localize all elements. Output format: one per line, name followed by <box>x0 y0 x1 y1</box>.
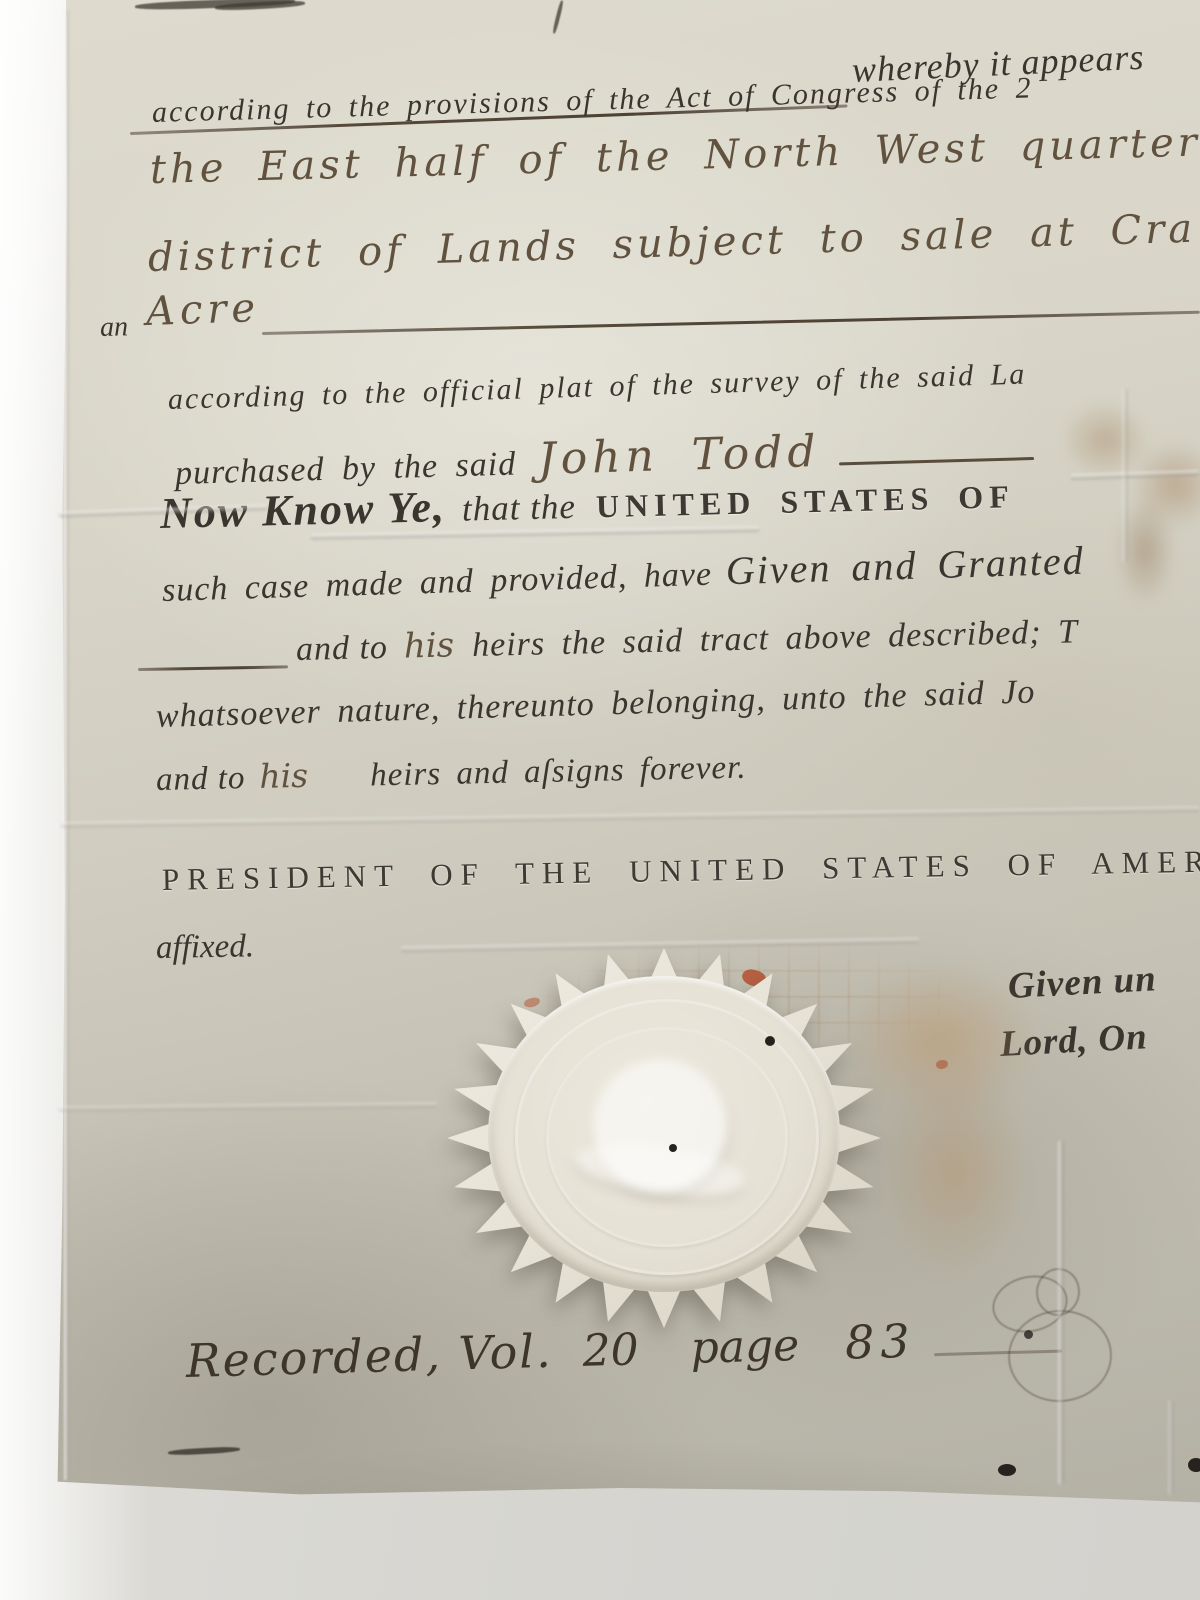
given-under-text: Given un <box>1007 958 1158 1007</box>
that-the-text: that the <box>462 487 577 529</box>
line-acre: Acre <box>145 288 260 332</box>
fold-crease <box>1122 388 1128 563</box>
fold-crease <box>1058 1140 1064 1485</box>
ink-spot <box>1188 1458 1200 1472</box>
page-number: 83 <box>844 1314 916 1370</box>
ink-spot <box>765 1036 775 1046</box>
an-text: an <box>100 311 129 343</box>
acre-text: Acre <box>145 285 261 335</box>
and-to-text: and to <box>296 629 389 668</box>
page-word: page <box>690 1320 800 1374</box>
volume-number: 20 <box>582 1324 639 1377</box>
ink-spot <box>998 1464 1016 1476</box>
his-handwritten: his <box>259 756 309 796</box>
and-to-text: and to <box>156 760 246 798</box>
ink-spot <box>1024 1330 1033 1339</box>
his-handwritten: his <box>403 625 454 666</box>
blank-rule <box>839 457 1034 465</box>
affixed-text: affixed. <box>156 928 255 966</box>
line-an: an <box>100 313 129 342</box>
recorded-vol-text: Recorded, Vol. <box>185 1324 553 1388</box>
embossed-paper-seal <box>438 940 890 1336</box>
fold-crease <box>1168 1400 1174 1495</box>
line-given-under: Given un <box>1007 960 1158 1005</box>
line-affixed: affixed. <box>156 930 255 965</box>
photograph-of-land-patent: whereby it appears according to the prov… <box>0 0 1200 1600</box>
ink-spot <box>669 1144 677 1152</box>
stain <box>880 1060 1030 1280</box>
parchment-left-edge <box>64 10 69 1480</box>
